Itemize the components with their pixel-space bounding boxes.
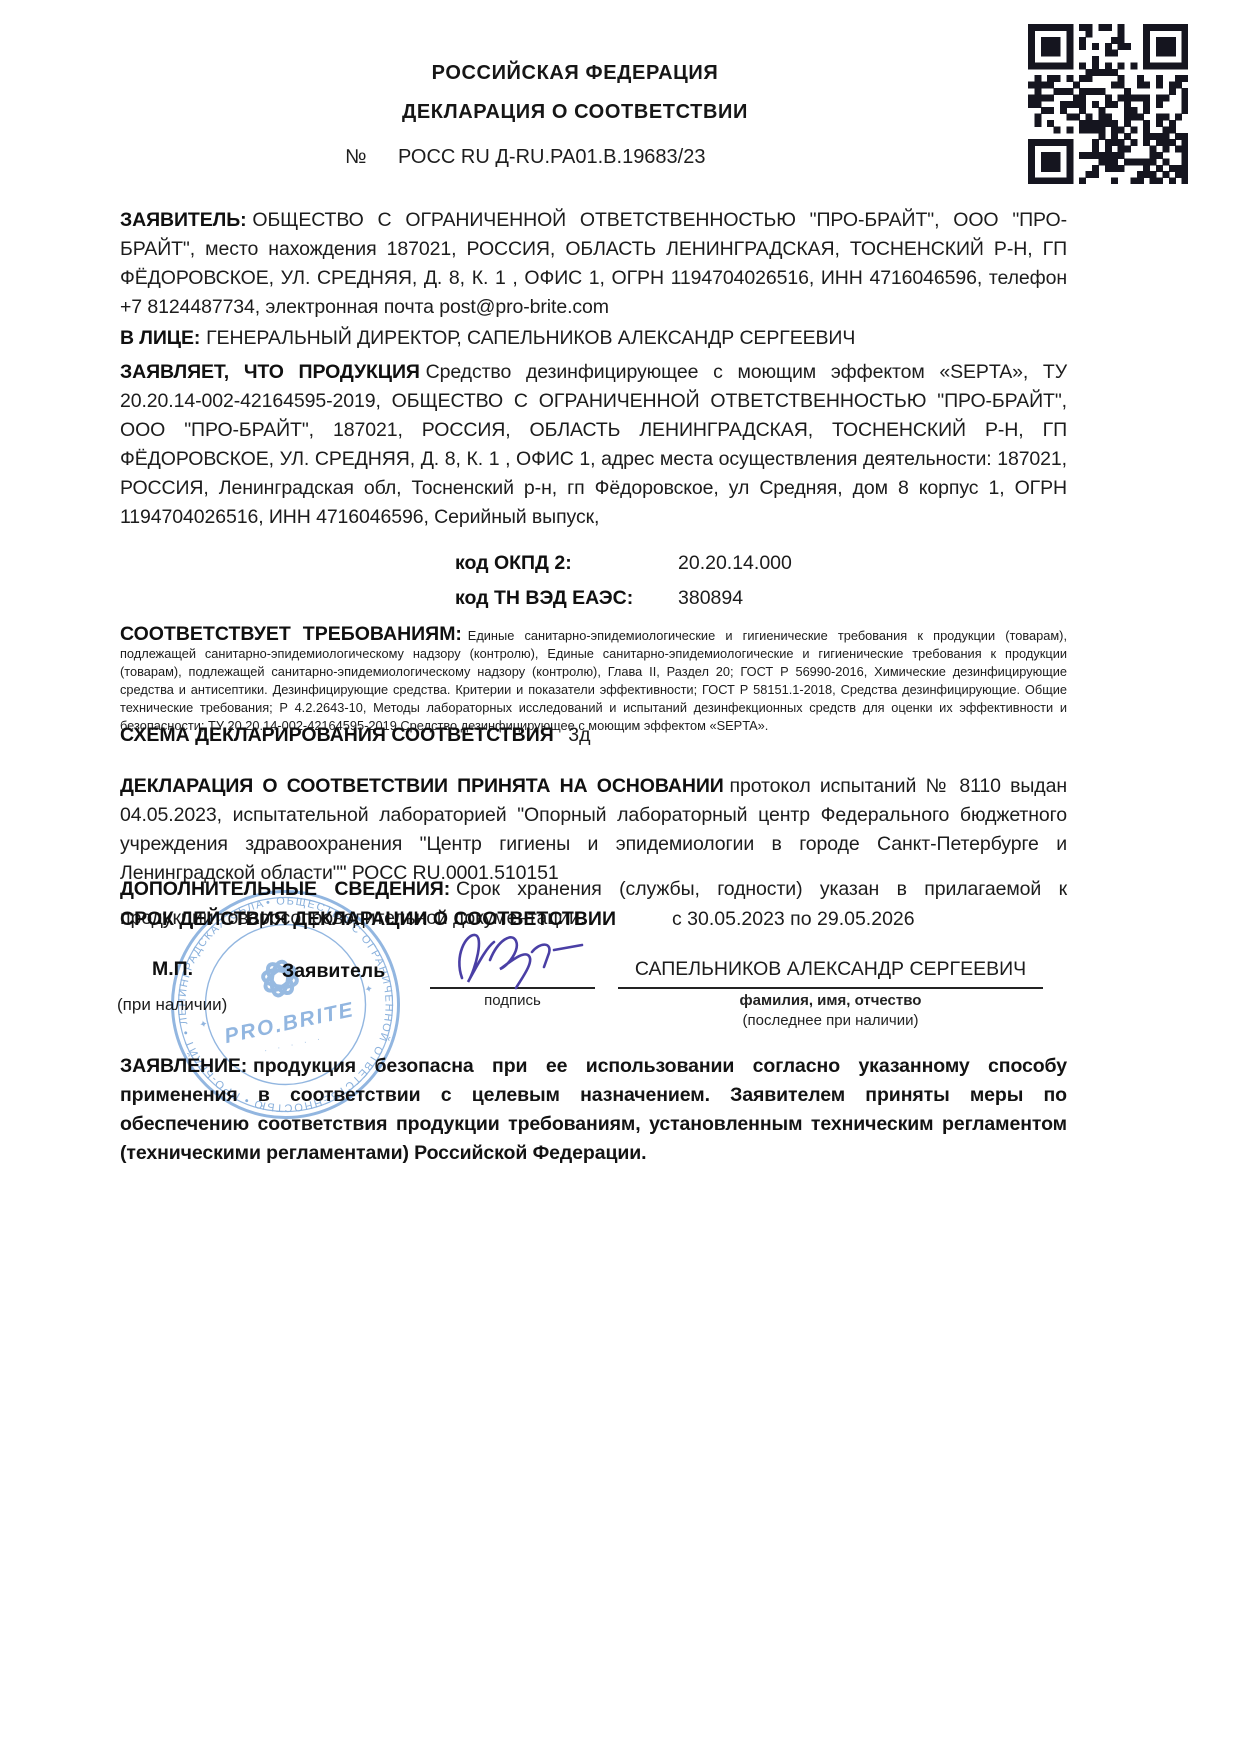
representative-paragraph: В ЛИЦЕ:ГЕНЕРАЛЬНЫЙ ДИРЕКТОР, САПЕЛЬНИКОВ…	[120, 324, 1067, 353]
number-sign: №	[345, 146, 366, 168]
stamp-brand-text: PRO.BRITE	[222, 998, 356, 1048]
basis-paragraph: ДЕКЛАРАЦИЯ О СООТВЕТСТВИИ ПРИНЯТА НА ОСН…	[120, 772, 1067, 888]
validity-dates: с 30.05.2023 по 29.05.2026	[672, 908, 915, 931]
scheme-row: СХЕМА ДЕКЛАРИРОВАНИЯ СООТВЕТСТВИЯ 3д	[120, 724, 590, 747]
stamp-place-label: М.П.	[152, 958, 193, 981]
signature-line	[430, 930, 595, 989]
stamp-place-note: (при наличии)	[117, 995, 227, 1015]
product-label: ЗАЯВЛЯЕТ, ЧТО ПРОДУКЦИЯ	[120, 361, 420, 383]
signatory-role-label: Заявитель	[282, 960, 385, 983]
basis-label: ДЕКЛАРАЦИЯ О СООТВЕТСТВИИ ПРИНЯТА НА ОСН…	[120, 775, 724, 797]
applicant-label: ЗАЯВИТЕЛЬ:	[120, 209, 247, 231]
svg-text:✦: ✦	[364, 984, 374, 997]
country-heading: РОССИЙСКАЯ ФЕДЕРАЦИЯ	[0, 62, 1150, 85]
applicant-paragraph: ЗАЯВИТЕЛЬ:ОБЩЕСТВО С ОГРАНИЧЕННОЙ ОТВЕТС…	[120, 206, 1067, 322]
product-text: Средство дезинфицирующее с моющим эффект…	[120, 361, 1067, 528]
okpd-code-label: код ОКПД 2:	[455, 552, 572, 575]
product-paragraph: ЗАЯВЛЯЕТ, ЧТО ПРОДУКЦИЯСредство дезинфиц…	[120, 358, 1067, 532]
document-title: ДЕКЛАРАЦИЯ О СООТВЕТСТВИИ	[0, 101, 1150, 124]
compliance-paragraph: СООТВЕТСТВУЕТ ТРЕБОВАНИЯМ:Единые санитар…	[120, 625, 1067, 735]
name-caption: фамилия, имя, отчество	[618, 992, 1043, 1009]
signatory-name: САПЕЛЬНИКОВ АЛЕКСАНДР СЕРГЕЕВИЧ	[635, 958, 1026, 987]
applicant-text: ОБЩЕСТВО С ОГРАНИЧЕННОЙ ОТВЕТСТВЕННОСТЬЮ…	[120, 209, 1067, 318]
statement-label: ЗАЯВЛЕНИЕ:	[120, 1055, 247, 1077]
scheme-value: 3д	[568, 724, 590, 746]
tnved-code-value: 380894	[678, 587, 743, 610]
scheme-label: СХЕМА ДЕКЛАРИРОВАНИЯ СООТВЕТСТВИЯ	[120, 724, 554, 746]
statement-paragraph: ЗАЯВЛЕНИЕ:продукция безопасна при ее исп…	[120, 1052, 1067, 1168]
statement-text: продукция безопасна при ее использовании…	[120, 1055, 1067, 1164]
representative-label: В ЛИЦЕ:	[120, 327, 200, 349]
name-caption-2: (последнее при наличии)	[618, 1012, 1043, 1029]
additional-info-label: ДОПОЛНИТЕЛЬНЫЕ СВЕДЕНИЯ:	[120, 878, 450, 900]
tnved-code-label: код ТН ВЭД ЕАЭС:	[455, 587, 633, 610]
representative-text: ГЕНЕРАЛЬНЫЙ ДИРЕКТОР, САПЕЛЬНИКОВ АЛЕКСА…	[206, 327, 855, 349]
svg-text:✦: ✦	[198, 1019, 208, 1032]
signature-caption: подпись	[430, 992, 595, 1009]
validity-label: СРОК ДЕЙСТВИЯ ДЕКЛАРАЦИИ О СООТВЕТСТВИИ	[120, 908, 616, 931]
declaration-document: РОССИЙСКАЯ ФЕДЕРАЦИЯ ДЕКЛАРАЦИЯ О СООТВЕ…	[0, 0, 1240, 1754]
compliance-label: СООТВЕТСТВУЕТ ТРЕБОВАНИЯМ:	[120, 623, 462, 645]
okpd-code-value: 20.20.14.000	[678, 552, 792, 575]
declaration-number: РОСС RU Д-RU.РА01.В.19683/23	[398, 146, 705, 168]
declaration-number-row: № РОСС RU Д-RU.РА01.В.19683/23	[345, 146, 705, 169]
